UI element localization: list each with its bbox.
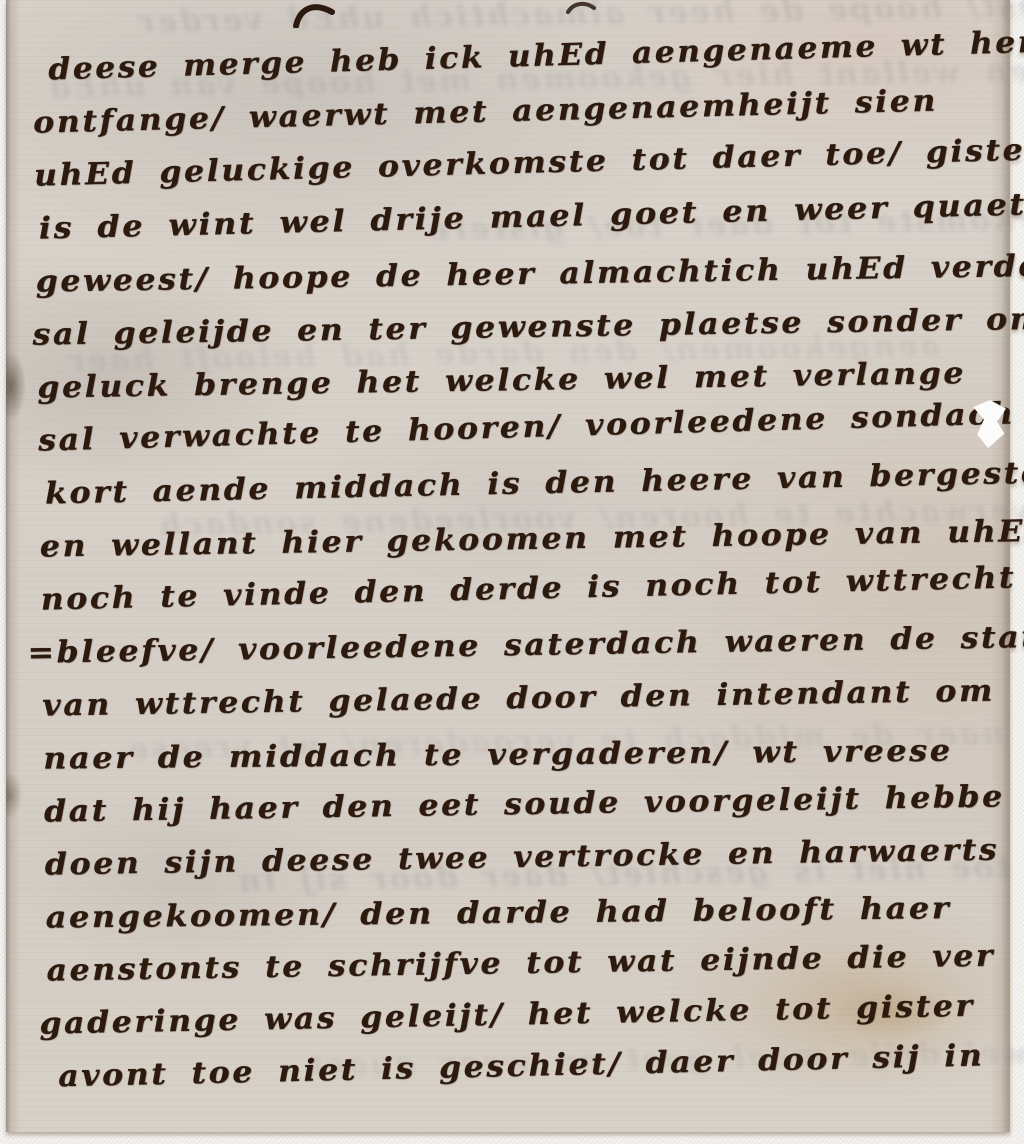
scanner-background: geweest/ hoope de heer almachtich uhEd v…	[0, 0, 1024, 1144]
letter-text: deese merge heb ick uhEd aengenaeme wt h…	[6, 28, 1023, 1104]
letter-paper: geweest/ hoope de heer almachtich uhEd v…	[6, 0, 1010, 1132]
cropped-descender-stroke	[292, 0, 336, 28]
edge-ink-smudge	[6, 772, 22, 818]
cropped-descender-stroke	[566, 0, 596, 14]
edge-ink-smudge	[6, 352, 26, 420]
